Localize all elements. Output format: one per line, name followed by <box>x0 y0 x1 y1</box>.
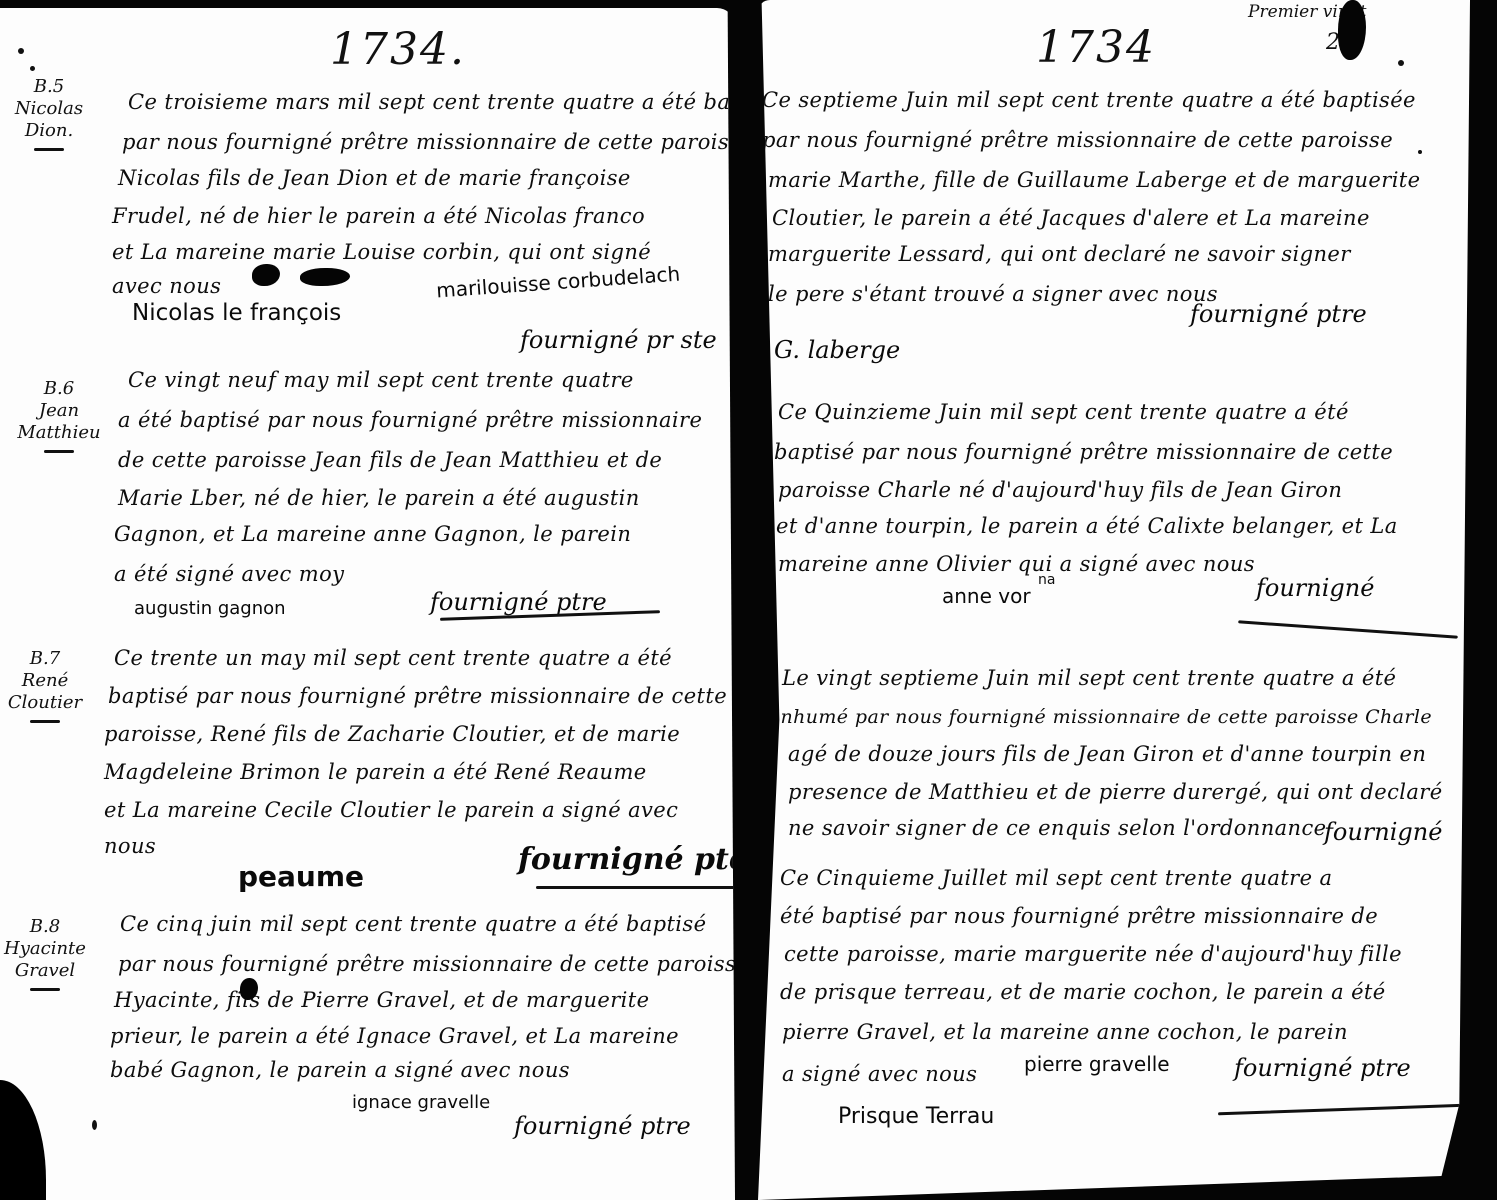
signature-priest: fournigné ptre <box>514 1112 691 1140</box>
margin-note-b7: B.7 René Cloutier <box>0 648 90 723</box>
entry-line: par nous fournigné prêtre missionnaire d… <box>762 128 1393 152</box>
entry-line: par nous fournigné prêtre missionnaire d… <box>118 952 735 976</box>
entry-line: inhumé par nous fournigné missionnaire d… <box>774 706 1432 728</box>
signature-godmother: marilouisse corbudelach <box>435 262 680 303</box>
margin-dash <box>44 450 74 453</box>
ink-blot <box>252 264 280 286</box>
right-page: 1734 Premier vingt 28 9. Ce septieme Jui… <box>758 0 1470 1200</box>
margin-name-first: Hyacinte <box>0 938 90 960</box>
margin-name-last: Gravel <box>0 960 90 982</box>
entry-line: a signé avec nous <box>782 1062 977 1086</box>
margin-name-last: Matthieu <box>14 422 104 444</box>
signature-father: G. laberge <box>774 336 900 364</box>
signature-priest: fournigné ptre <box>1190 300 1367 328</box>
entry-line: Gagnon, et La mareine anne Gagnon, le pa… <box>114 522 631 546</box>
entry-line: Marie Lber, né de hier, le parein a été … <box>118 486 640 510</box>
entry-line: Cloutier, le parein a été Jacques d'aler… <box>772 206 1370 230</box>
entry-line: par nous fournigné prêtre missionnaire d… <box>122 130 735 154</box>
scan-speckle <box>92 1120 97 1130</box>
margin-dash <box>30 720 60 723</box>
entry-line: a été signé avec moy <box>114 562 344 586</box>
entry-line: pierre Gravel, et la mareine anne cochon… <box>782 1020 1348 1044</box>
left-page: 1734. B.5 Nicolas Dion. Ce troisieme mar… <box>0 8 735 1200</box>
signature-annotation: na <box>1038 572 1055 588</box>
signature-godmother: anne vor <box>942 584 1031 608</box>
scan-speckle <box>1398 60 1404 66</box>
signature-flourish <box>536 886 735 889</box>
entry-line: Ce trente un may mil sept cent trente qu… <box>114 646 672 670</box>
signature-flourish <box>1218 1104 1468 1116</box>
ink-blot <box>300 268 350 286</box>
entry-line: paroisse, René fils de Zacharie Cloutier… <box>104 722 680 746</box>
margin-note-b8: B.8 Hyacinte Gravel <box>0 916 90 991</box>
margin-name-last: Dion. <box>4 120 94 142</box>
entry-line: de prisque terreau, et de marie cochon, … <box>780 980 1386 1004</box>
margin-dash <box>30 988 60 991</box>
margin-code: B.8 <box>0 916 90 938</box>
entry-line: Ce vingt neuf may mil sept cent trente q… <box>128 368 634 392</box>
signature-priest: fournigné <box>1256 574 1374 602</box>
margin-name-first: Jean <box>14 400 104 422</box>
ink-blot <box>1338 0 1366 60</box>
entry-line: Le vingt septieme Juin mil sept cent tre… <box>782 666 1396 690</box>
entry-line: baptisé par nous fournigné prêtre missio… <box>774 440 1393 464</box>
signature-flourish <box>1238 620 1458 638</box>
entry-line: marie Marthe, fille de Guillaume Laberge… <box>768 168 1420 192</box>
scan-speckle <box>1398 1180 1406 1188</box>
page-corner-shadow <box>0 1080 46 1200</box>
entry-line: Nicolas fils de Jean Dion et de marie fr… <box>118 166 631 190</box>
margin-code: B.7 <box>0 648 90 670</box>
entry-line: a été baptisé par nous fournigné prêtre … <box>118 408 702 432</box>
scan-speckle <box>30 66 35 71</box>
entry-line: Hyacinte, fils de Pierre Gravel, et de m… <box>114 988 649 1012</box>
entry-line: presence de Matthieu et de pierre durerg… <box>788 780 1443 804</box>
entry-line: baptisé par nous fournigné prêtre missio… <box>108 684 727 708</box>
margin-code: B.6 <box>14 378 104 400</box>
entry-line: et d'anne tourpin, le parein a été Calix… <box>776 514 1398 538</box>
scan-speckle <box>1418 150 1422 154</box>
entry-number: 1. <box>760 682 772 697</box>
entry-number: 9. <box>758 100 764 115</box>
entry-line: le pere s'étant trouvé a signer avec nou… <box>768 282 1218 306</box>
margin-dash <box>34 148 64 151</box>
entry-line: Ce cinq juin mil sept cent trente quatre… <box>120 912 706 936</box>
entry-number: 10 <box>758 418 773 433</box>
margin-code: B.5 <box>4 76 94 98</box>
entry-line: marguerite Lessard, qui ont declaré ne s… <box>768 242 1351 266</box>
signature-godfather: pierre gravelle <box>1024 1052 1170 1076</box>
margin-name-first: René <box>0 670 90 692</box>
right-page-year: 1734 <box>1036 22 1156 73</box>
entry-line: ne savoir signer de ce enquis selon l'or… <box>788 816 1326 840</box>
signature-priest: fournigné pr ste <box>520 326 717 354</box>
entry-number: 11 <box>758 880 773 895</box>
entry-line: et La mareine marie Louise corbin, qui o… <box>112 240 651 264</box>
signature-priest: fournigné <box>1324 818 1442 846</box>
signature-godfather: Nicolas le françois <box>132 300 341 326</box>
signature-godfather: ignace gravelle <box>352 1092 490 1113</box>
entry-line: Magdeleine Brimon le parein a été René R… <box>104 760 647 784</box>
scan-speckle <box>18 48 24 54</box>
signature-priest: fournigné pte <box>518 842 735 877</box>
entry-line: paroisse Charle né d'aujourd'huy fils de… <box>778 478 1342 502</box>
entry-line: prieur, le parein a été Ignace Gravel, e… <box>110 1024 679 1048</box>
entry-line: mareine anne Olivier qui a signé avec no… <box>778 552 1255 576</box>
scanned-register-spread: 1734. B.5 Nicolas Dion. Ce troisieme mar… <box>0 0 1497 1200</box>
margin-note-b6: B.6 Jean Matthieu <box>14 378 104 453</box>
entry-line: de cette paroisse Jean fils de Jean Matt… <box>118 448 662 472</box>
entry-line: avec nous <box>112 274 221 298</box>
entry-line: Ce septieme Juin mil sept cent trente qu… <box>762 88 1416 112</box>
entry-line: Ce Cinquieme Juillet mil sept cent trent… <box>780 866 1332 890</box>
entry-line: nous <box>104 834 156 858</box>
signature-godfather: peaume <box>238 860 364 893</box>
margin-name-last: Cloutier <box>0 692 90 714</box>
entry-line: Ce troisieme mars mil sept cent trente q… <box>128 90 735 114</box>
signature-father: Prisque Terrau <box>838 1104 994 1129</box>
entry-line: Ce Quinzieme Juin mil sept cent trente q… <box>778 400 1349 424</box>
margin-name-first: Nicolas <box>4 98 94 120</box>
entry-line: été baptisé par nous fournigné prêtre mi… <box>780 904 1378 928</box>
signature-priest: fournigné ptre <box>430 588 607 616</box>
entry-line: agé de douze jours fils de Jean Giron et… <box>788 742 1426 766</box>
margin-note-b5: B.5 Nicolas Dion. <box>4 76 94 151</box>
entry-line: babé Gagnon, le parein a signé avec nous <box>110 1058 570 1082</box>
signature-priest: fournigné ptre <box>1234 1054 1411 1082</box>
entry-line: Frudel, né de hier le parein a été Nicol… <box>112 204 645 228</box>
left-page-year: 1734. <box>330 24 466 75</box>
entry-line: cette paroisse, marie marguerite née d'a… <box>784 942 1402 966</box>
entry-line: et La mareine Cecile Cloutier le parein … <box>104 798 678 822</box>
signature-godfather: augustin gagnon <box>134 598 286 619</box>
